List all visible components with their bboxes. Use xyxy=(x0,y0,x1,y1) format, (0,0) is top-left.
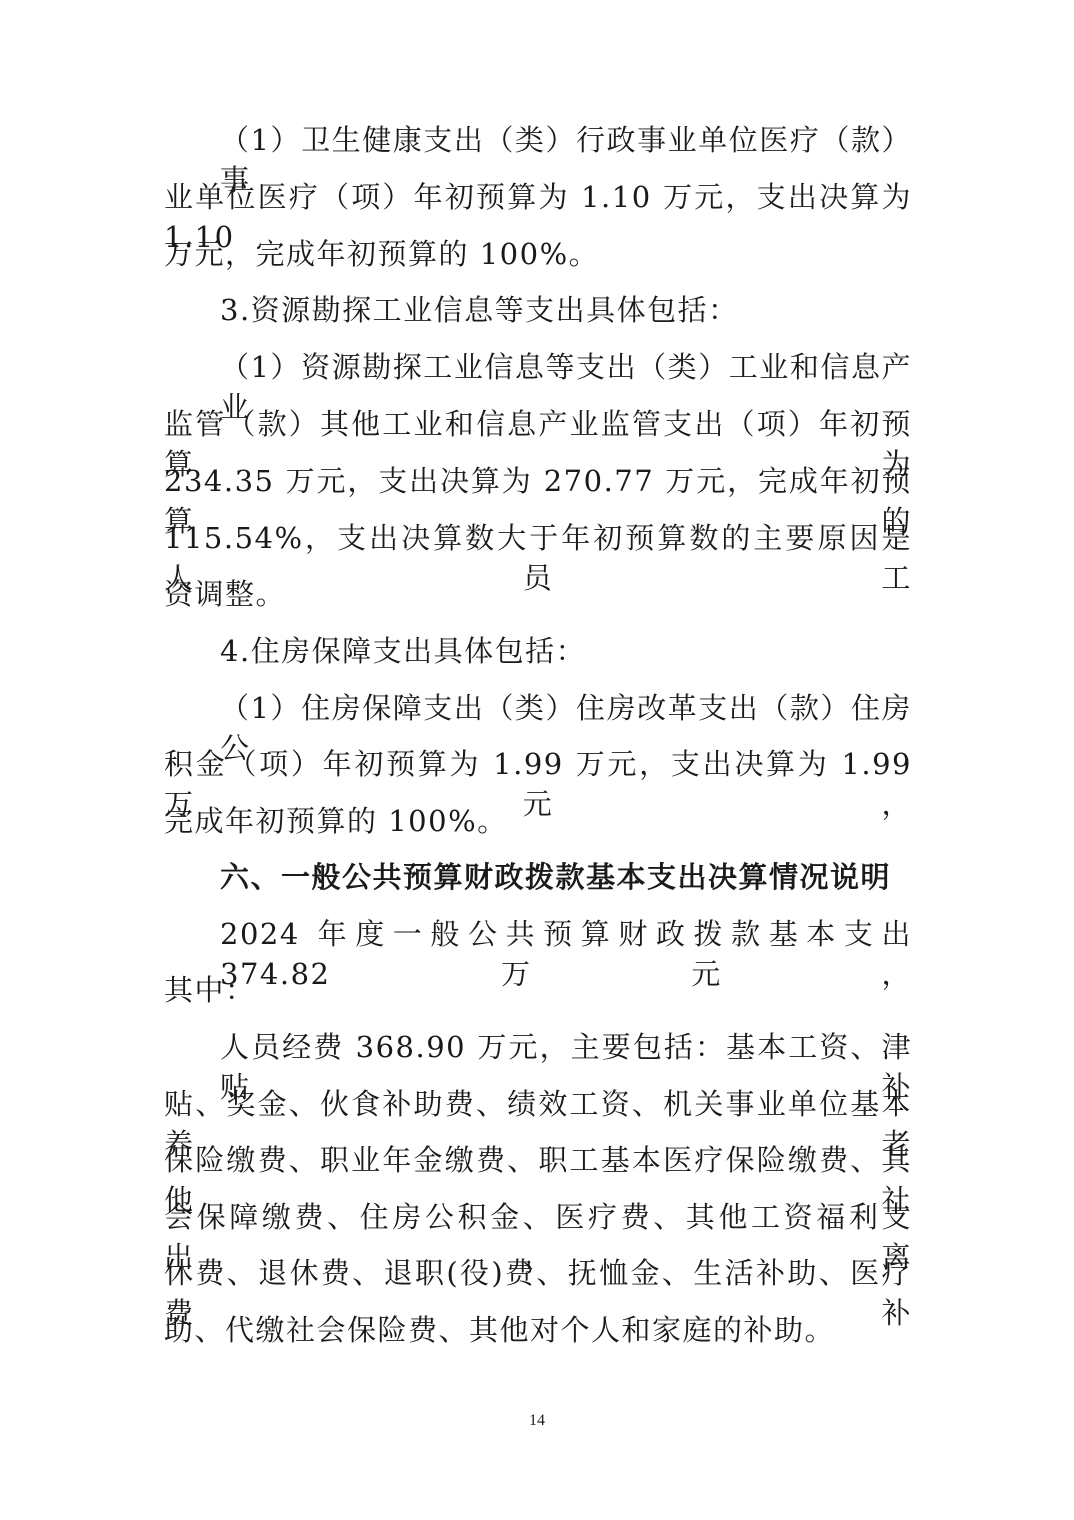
text-line: 其中： xyxy=(164,970,912,1010)
document-page: （1）卫生健康支出（类）行政事业单位医疗（款）事业单位医疗（项）年初预算为 1.… xyxy=(0,0,1074,1520)
text-line: 资调整。 xyxy=(164,574,912,614)
section-heading: 六、一般公共预算财政拨款基本支出决算情况说明 xyxy=(220,857,912,897)
text-line: 完成年初预算的 100%。 xyxy=(164,801,912,841)
text-line: 4.住房保障支出具体包括： xyxy=(220,631,912,671)
page-number: 14 xyxy=(0,1412,1074,1430)
text-line: 助、代缴社会保险费、其他对个人和家庭的补助。 xyxy=(164,1310,912,1350)
text-line: 3.资源勘探工业信息等支出具体包括： xyxy=(220,290,912,330)
text-line: 万元，完成年初预算的 100%。 xyxy=(164,234,912,274)
